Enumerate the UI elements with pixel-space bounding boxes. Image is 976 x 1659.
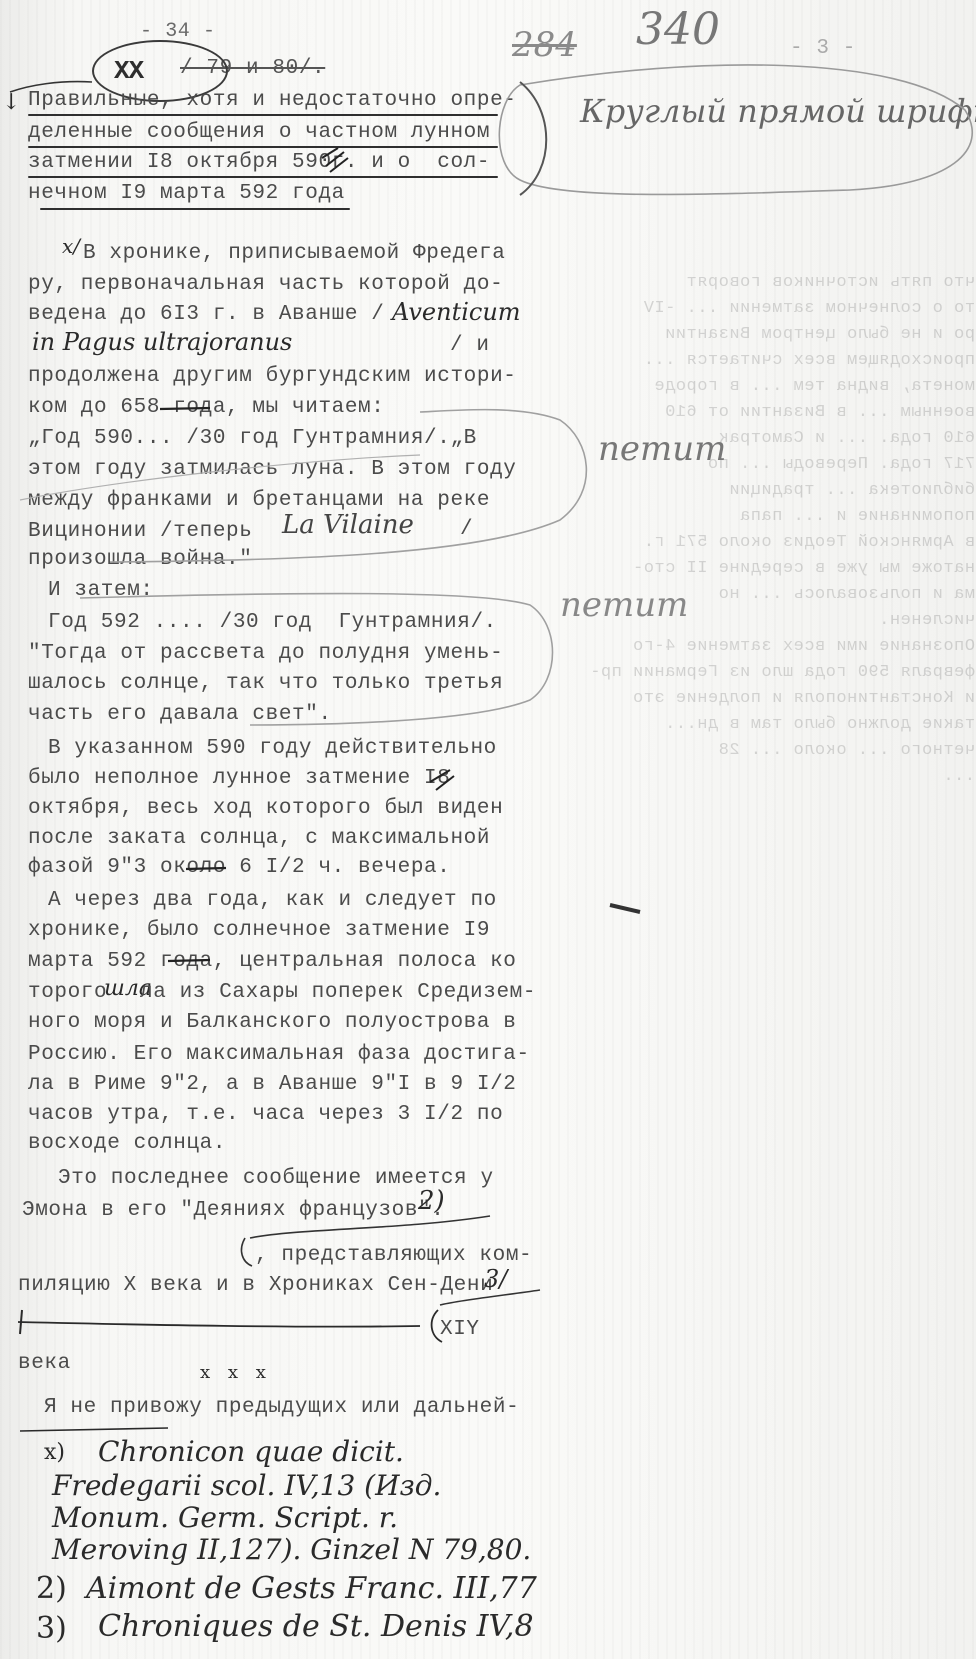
body-line: октября, весь ход которого был виден <box>28 798 503 819</box>
footnote-mark-x: x/ <box>62 236 80 256</box>
heading-line: деленные сообщения о частном лунном <box>28 122 490 143</box>
margin-note-shrift: Круглый прямой шрифт <box>580 95 976 127</box>
heading-line: затмении I8 октября 590г. и о сол- <box>28 152 490 173</box>
body-line: ного моря и Балканского полуострова в <box>28 1012 516 1033</box>
body-line: "Тогда от рассвета до полудня умень- <box>28 643 503 664</box>
right-page-dash: - 3 - <box>790 38 856 59</box>
body-line: В хронике, приписываемой Фредега <box>83 243 505 264</box>
footnote-line: Fredegarii scol. IV,13 (Изд. <box>52 1472 441 1500</box>
body-line: ла из Сахары поперек Средизем- <box>140 982 536 1003</box>
document-page: что пять источников говорят то о солнечн… <box>0 0 976 1659</box>
body-line: Я не привожу предыдущих или дальней- <box>44 1397 519 1418</box>
heading-underline <box>40 208 350 210</box>
body-line: ру, первоначальная часть которой до- <box>28 274 503 295</box>
body-line: , представляющих ком- <box>255 1245 532 1266</box>
body-line: Россию. Его максимальная фаза достига- <box>28 1044 530 1065</box>
margin-note-petit-1: петит <box>598 432 726 466</box>
body-line: восходе солнца. <box>28 1133 226 1154</box>
footnote-mark: x) <box>44 1442 65 1464</box>
heading-line: нечном I9 марта 592 года <box>28 183 345 204</box>
body-line: между франками и бретанцами на реке <box>28 490 490 511</box>
body-line: было неполное лунное затмение I8 <box>28 768 450 789</box>
body-line: Год 592 .... /30 год Гунтрамния/. <box>48 612 497 633</box>
body-line: В указанном 590 году действительно <box>48 738 497 759</box>
body-line: этом году затмилась луна. В этом году <box>28 459 516 480</box>
body-line: ком до 658 года, мы читаем: <box>28 397 384 418</box>
body-line: / и <box>450 335 490 356</box>
footnote-line: Meroving II,127). Ginzel N 79,80. <box>52 1536 531 1564</box>
footnote-mark: 2) <box>36 1574 67 1604</box>
struck-page-number: 284 <box>512 28 577 62</box>
body-line: фазой 9"3 около 6 I/2 ч. вечера. <box>28 857 450 878</box>
heading-underline <box>28 176 498 178</box>
body-line: произошла война." <box>28 549 252 570</box>
body-line: после заката солнца, с максимальной <box>28 828 490 849</box>
body-line: века <box>18 1353 71 1374</box>
footnote-line: Chronicon quae dicit. <box>98 1438 404 1466</box>
body-line: И затем: <box>48 580 154 601</box>
note-mark-2: 2) <box>418 1188 445 1214</box>
footnote-line: Aimont de Gests Franc. III,77 <box>86 1574 537 1604</box>
footnote-mark: 3) <box>36 1614 67 1644</box>
typed-page-number: - 34 - <box>140 22 216 42</box>
body-line: пиляцию X века и в Хрониках Сен-Дени <box>18 1275 493 1296</box>
body-line: Вицинонии /теперь <box>28 521 252 542</box>
body-line: марта 592 года, центральная полоса ко <box>28 951 516 972</box>
body-line: / <box>460 519 473 540</box>
heading-underline <box>28 114 498 116</box>
body-line: хронике, было солнечное затмение I9 <box>28 920 490 941</box>
handwritten-pagus: in Pagus ultrajoranus <box>32 330 292 354</box>
bleed-through-text: что пять источников говорят то о солнечн… <box>505 270 975 790</box>
handwritten-la-vilaine: La Vilaine <box>282 512 414 538</box>
body-line: часть его давала свет". <box>28 704 332 725</box>
body-line: продолжена другим бургундским истори- <box>28 366 516 387</box>
body-line: шалось солнце, так что только третья <box>28 673 503 694</box>
body-line: А через два года, как и следует по <box>48 890 497 911</box>
note-mark-3: 3/ <box>484 1267 507 1291</box>
body-line: часов утра, т.е. часа через 3 I/2 по <box>28 1104 503 1125</box>
handwritten-aventicum: Aventicum <box>392 300 521 324</box>
body-line: торого <box>28 982 107 1003</box>
footnote-line: Monum. Germ. Script. r. <box>52 1504 398 1532</box>
heading-line: Правильные, хотя и недостаточно опре- <box>28 90 516 111</box>
body-line: Эмона в его "Деяниях французов". <box>22 1200 444 1221</box>
footnote-line: Chroniques de St. Denis IV,8 <box>98 1612 534 1642</box>
body-line: ла в Риме 9"2, а в Аванше 9"I в 9 I/2 <box>28 1074 516 1095</box>
check-mark-icon: ↓ <box>2 92 20 114</box>
xxx-marks: x x x <box>200 1364 272 1382</box>
body-line: XIY <box>440 1319 480 1340</box>
margin-note-petit-2: петит <box>560 588 688 622</box>
heading-underline <box>28 146 498 148</box>
body-line: ведена до 6I3 г. в Аванше / <box>28 304 384 325</box>
body-line: „Год 590... /30 год Гунтрамния/.„В <box>28 428 477 449</box>
handwritten-page-number: 340 <box>636 8 720 52</box>
